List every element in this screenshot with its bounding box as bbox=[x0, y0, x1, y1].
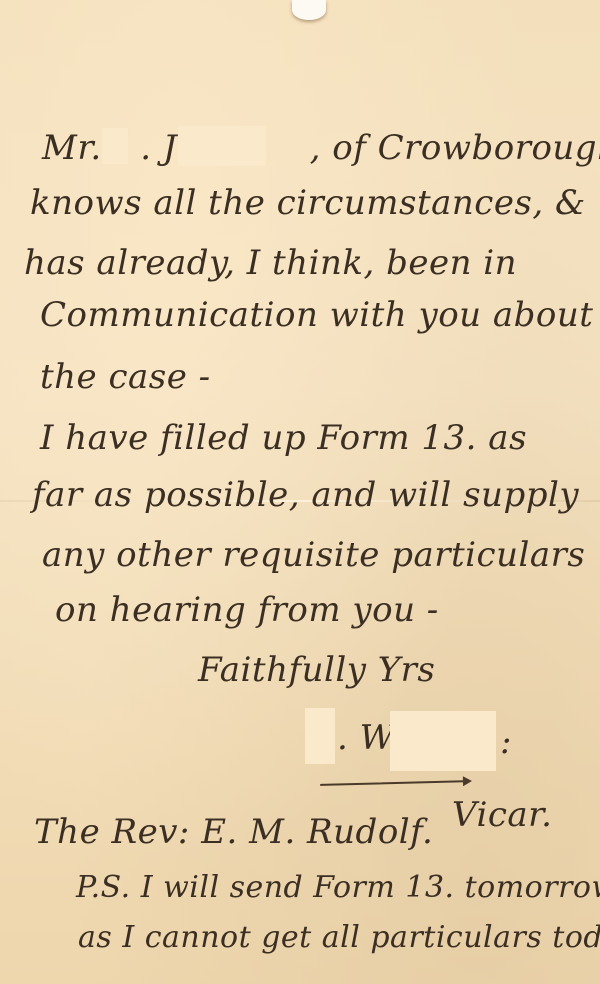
redaction-box bbox=[178, 126, 266, 166]
body-line-5: the case - bbox=[40, 357, 211, 397]
addressee-line: The Rev: E. M. Rudolf. bbox=[34, 812, 433, 852]
signature-initial: . W bbox=[337, 718, 395, 758]
redaction-box bbox=[102, 128, 128, 164]
place-text: , of Crowborough, bbox=[310, 128, 600, 168]
body-line-9: on hearing from you - bbox=[55, 590, 439, 630]
name-initial: . J bbox=[140, 128, 177, 168]
signature-trail: : bbox=[500, 722, 512, 762]
body-line-8: any other requisite particulars bbox=[42, 535, 585, 575]
salutation-prefix: Mr. bbox=[42, 128, 102, 168]
closing-text: Faithfully Yrs bbox=[198, 650, 435, 690]
punch-hole bbox=[292, 0, 326, 20]
postscript-line-2: as I cannot get all particulars today. bbox=[78, 920, 600, 955]
postscript-line-1: P.S. I will send Form 13. tomorrow bbox=[76, 870, 600, 905]
body-line-3: has already, I think, been in bbox=[24, 243, 517, 283]
letter-page: Mr. . J , of Crowborough, knows all the … bbox=[0, 0, 600, 984]
body-line-7: far as possible, and will supply bbox=[32, 475, 579, 515]
body-line-2: knows all the circumstances, & bbox=[30, 183, 586, 223]
redaction-box bbox=[305, 708, 335, 764]
signature-title: Vicar. bbox=[452, 795, 552, 835]
flourish-arrow bbox=[320, 780, 470, 786]
body-line-4: Communication with you about bbox=[40, 295, 593, 335]
body-line-6: I have filled up Form 13. as bbox=[40, 418, 527, 458]
redaction-box bbox=[390, 711, 496, 771]
